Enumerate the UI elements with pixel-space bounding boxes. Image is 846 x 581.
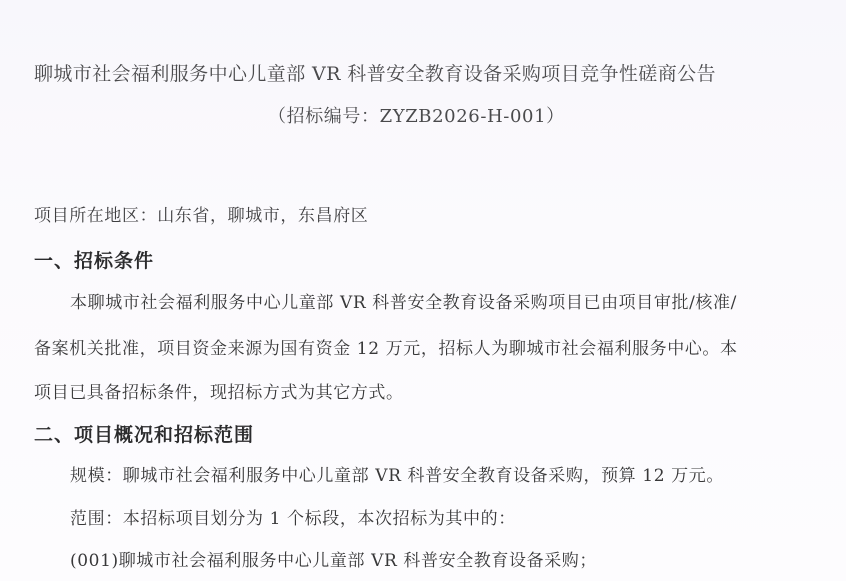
paragraph-line: 项目已具备招标条件，现招标方式为其它方式。 <box>34 382 404 404</box>
paragraph-line: 规模：聊城市社会福利服务中心儿童部 VR 科普安全教育设备采购，预算 12 万元… <box>70 465 724 487</box>
section-heading-project-overview: 二、项目概况和招标范围 <box>34 424 254 446</box>
project-location: 项目所在地区：山东省，聊城市，东昌府区 <box>34 205 368 227</box>
paragraph-line: (001)聊城市社会福利服务中心儿童部 VR 科普安全教育设备采购； <box>70 550 597 572</box>
paragraph-line: 本聊城市社会福利服务中心儿童部 VR 科普安全教育设备采购项目已由项目审批/核准… <box>70 292 737 314</box>
document-title: 聊城市社会福利服务中心儿童部 VR 科普安全教育设备采购项目竞争性磋商公告 <box>34 63 716 85</box>
document-page: 聊城市社会福利服务中心儿童部 VR 科普安全教育设备采购项目竞争性磋商公告 （招… <box>0 0 846 581</box>
tender-number: （招标编号：ZYZB2026-H-001） <box>268 106 565 128</box>
section-heading-tender-conditions: 一、招标条件 <box>34 250 154 272</box>
paragraph-line: 范围：本招标项目划分为 1 个标段，本次招标为其中的： <box>70 508 516 530</box>
paragraph-line: 备案机关批准，项目资金来源为国有资金 12 万元，招标人为聊城市社会福利服务中心… <box>34 338 738 360</box>
